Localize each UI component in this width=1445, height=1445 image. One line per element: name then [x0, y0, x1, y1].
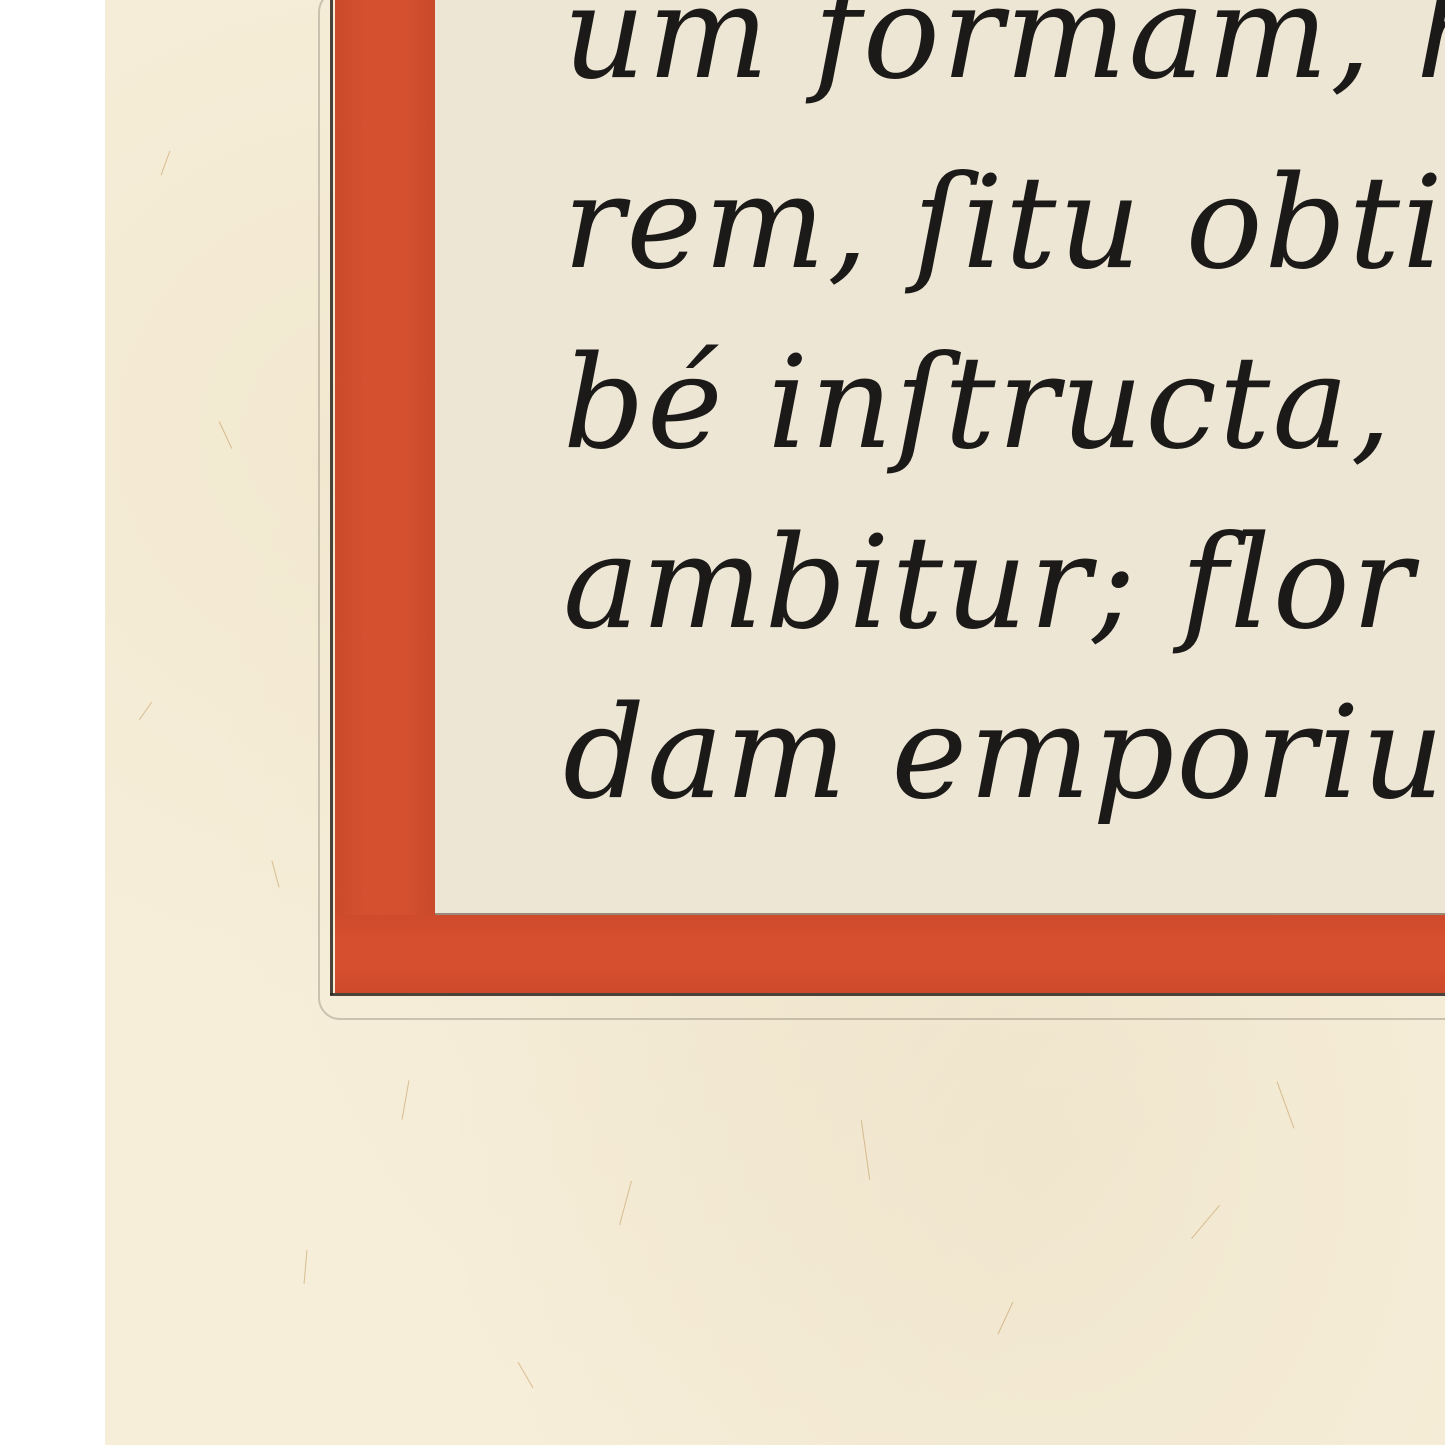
text-line-4: ambitur; flor [563, 520, 1415, 648]
inner-border-edge [435, 913, 1445, 915]
paper-fiber [304, 1250, 308, 1284]
text-panel: um formam, ho rem, ſitu obtin bé inſtruc… [435, 0, 1445, 913]
paper-fiber [518, 1362, 534, 1388]
text-line-3: bé inſtructa, [563, 340, 1393, 468]
paper-fiber [1191, 1205, 1220, 1239]
text-line-1: um formam, ho [563, 0, 1445, 98]
paper-fiber [139, 702, 152, 721]
page: um formam, ho rem, ſitu obtin bé inſtruc… [0, 0, 1445, 1445]
paper-fiber [402, 1080, 410, 1120]
text-line-2: rem, ſitu obtin [563, 160, 1445, 288]
red-border-left [335, 0, 435, 993]
paper-fiber [161, 151, 171, 176]
red-border-bottom [335, 915, 1445, 993]
paper-fiber [619, 1181, 632, 1226]
paper-fiber [997, 1301, 1013, 1334]
text-line-5: dam emporium [563, 690, 1445, 818]
paper-fiber [271, 860, 279, 887]
paper-fiber [861, 1120, 870, 1180]
paper-fiber [1276, 1081, 1294, 1128]
paper-fiber [219, 421, 233, 449]
plate-line-bottom [330, 993, 1445, 996]
plate-line-left [330, 0, 333, 995]
